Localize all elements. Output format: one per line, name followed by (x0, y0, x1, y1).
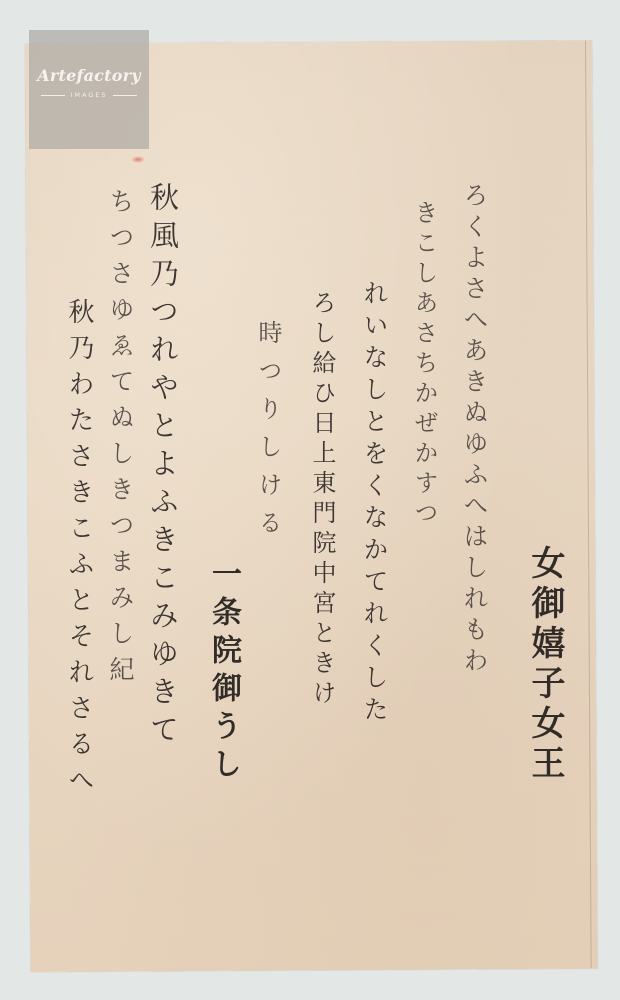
attribution-column: 一条院御うし (208, 558, 238, 786)
calligraphy-column: ちつさゆゑてぬしきつまみし紀 (108, 188, 133, 692)
calligraphy-column: ろくよさへあきぬゆふへはしれもわ (462, 182, 487, 678)
red-seal-mark (131, 156, 145, 163)
watermark-rule-right (113, 95, 137, 96)
watermark-badge: Artefactory IMAGES (29, 30, 149, 149)
watermark-subtitle-row: IMAGES (41, 91, 136, 99)
calligraphy-column: れいなしとをくなかてれくした (362, 280, 387, 728)
author-name-column: 女御嬉子女王 (528, 545, 562, 785)
paper-edge (585, 41, 592, 969)
calligraphy-column: 秋風乃つれやとよふきこみゆきて (148, 182, 177, 752)
watermark-brand: Artefactory (37, 66, 140, 85)
calligraphy-column: 秋乃わたさきこふとそれさるへ (66, 298, 92, 802)
calligraphy-column: 時つりしける (256, 320, 280, 548)
watermark-subtitle: IMAGES (70, 91, 107, 99)
calligraphy-column: きこしあさちかぜかすつ (412, 200, 436, 530)
calligraphy-column: ろし給ひ日上東門院中宮ときけ (310, 290, 334, 710)
watermark-rule-left (41, 95, 65, 96)
